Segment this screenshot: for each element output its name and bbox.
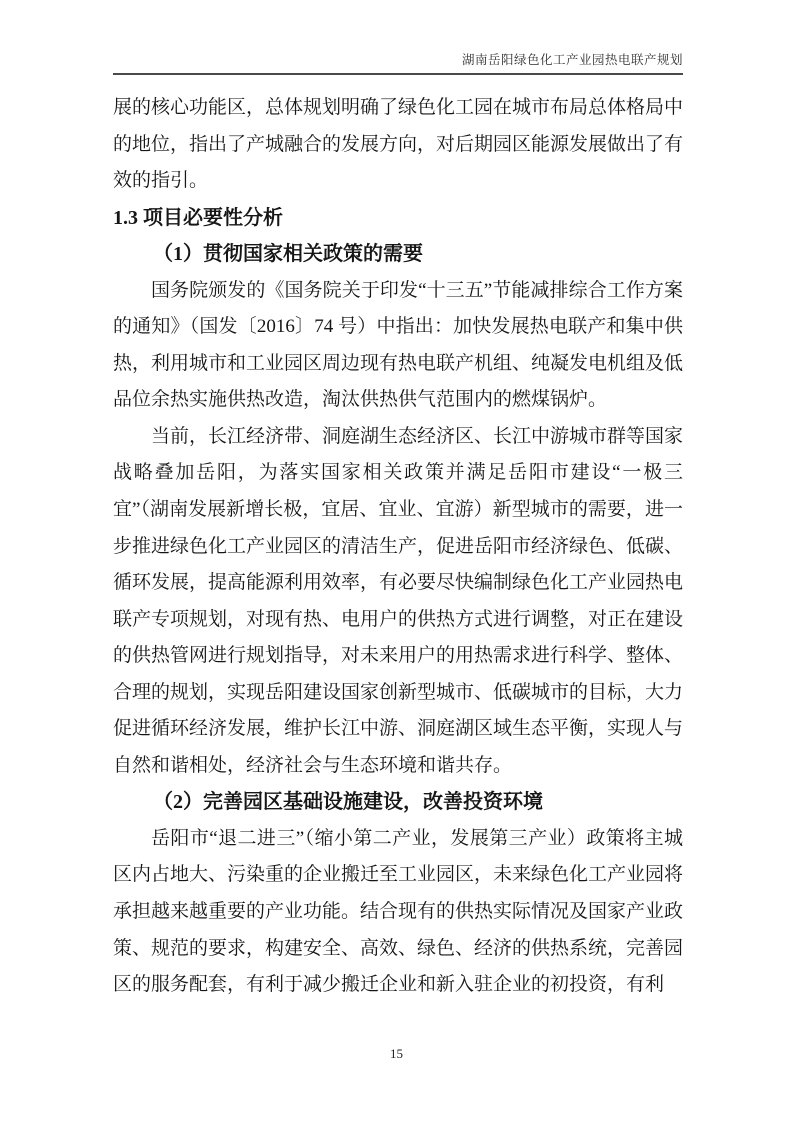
subsection-2-heading: （2）完善园区基础设施建设，改善投资环境 (113, 784, 683, 821)
header-rule (113, 73, 683, 75)
document-page: 湖南岳阳绿色化工产业园热电联产规划 展的核心功能区，总体规划明确了绿色化工园在城… (0, 0, 793, 1122)
document-body: 展的核心功能区，总体规划明确了绿色化工园在城市布局总体格局中的地位，指出了产城融… (113, 90, 683, 1004)
paragraph-current-situation: 当前，长江经济带、洞庭湖生态经济区、长江中游城市群等国家战略叠加岳阳，为落实国家… (113, 419, 683, 784)
page-header: 湖南岳阳绿色化工产业园热电联产规划 (113, 52, 683, 68)
subsection-1-heading: （1）贯彻国家相关政策的需要 (113, 236, 683, 273)
paragraph-policy: 国务院颁发的《国务院关于印发“十三五”节能减排综合工作方案的通知》（国发〔201… (113, 273, 683, 419)
page-footer: 15 (0, 1046, 793, 1062)
running-header-title: 湖南岳阳绿色化工产业园热电联产规划 (462, 53, 683, 67)
paragraph-continuation: 展的核心功能区，总体规划明确了绿色化工园在城市布局总体格局中的地位，指出了产城融… (113, 90, 683, 200)
paragraph-investment: 岳阳市“退二进三”（缩小第二产业，发展第三产业）政策将主城区内占地大、污染重的企… (113, 821, 683, 1004)
page-number: 15 (390, 1046, 403, 1061)
section-heading-1-3: 1.3 项目必要性分析 (113, 200, 683, 237)
